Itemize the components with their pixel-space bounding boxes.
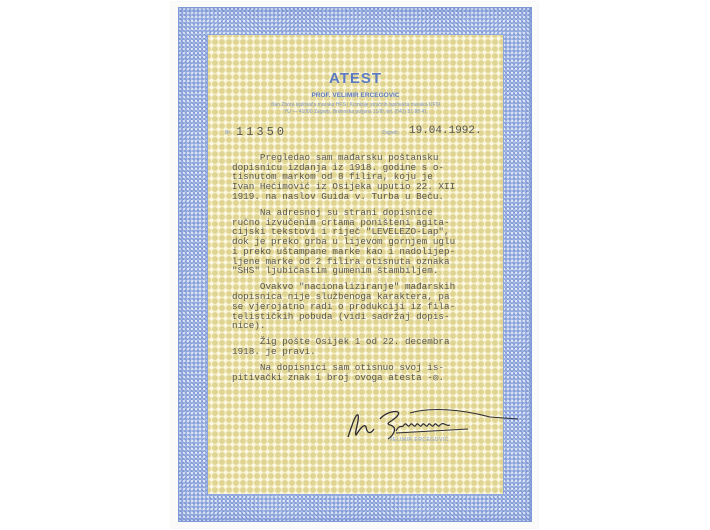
body-paragraph: Na adresnoj su strani dopisnice ručno iz…	[232, 208, 512, 276]
affiliation-line: član Zbora ispitivača maraka HFS i Komis…	[208, 102, 503, 108]
certificate-date: 19.04.1992.	[409, 125, 482, 137]
body-paragraph: Pregledao sam mađarsku poštansku dopisni…	[232, 153, 512, 202]
author-name: PROF. VELIMIR ERCEGOVIC	[208, 92, 503, 99]
body-line: 1919. na naslov Guida v. Turba u Beču.	[232, 191, 444, 202]
body-paragraph: Na dopisnici sam otisnuo svoj is- pitiva…	[232, 363, 512, 382]
certificate-title: ATEST	[208, 70, 503, 87]
place-label: Zagreb,	[382, 130, 399, 136]
body-line: "SHS" ljubičastim gumenim štambiljem.	[232, 265, 438, 276]
body-line: pitivački znak i broj ovoga atesta -◎.	[232, 372, 444, 383]
body-line: 1918. je pravi.	[232, 346, 316, 357]
address-line: YU — 41000 Zagreb, Ilirdenska poljana 11…	[208, 109, 503, 115]
body-line: nice).	[232, 320, 265, 331]
body-paragraph: Žig pošte Osijek 1 od 22. decembra 1918.…	[232, 337, 512, 356]
certificate-number: 11350	[236, 125, 287, 139]
body-paragraph: Ovakvo "nacionaliziranje" mađarskih dopi…	[232, 282, 512, 331]
number-label: Br.	[225, 130, 231, 136]
certificate-body: Pregledao sam mađarsku poštansku dopisni…	[232, 153, 512, 389]
signature-printed-name: VELIMIR ERCEGOVIC	[389, 437, 449, 443]
